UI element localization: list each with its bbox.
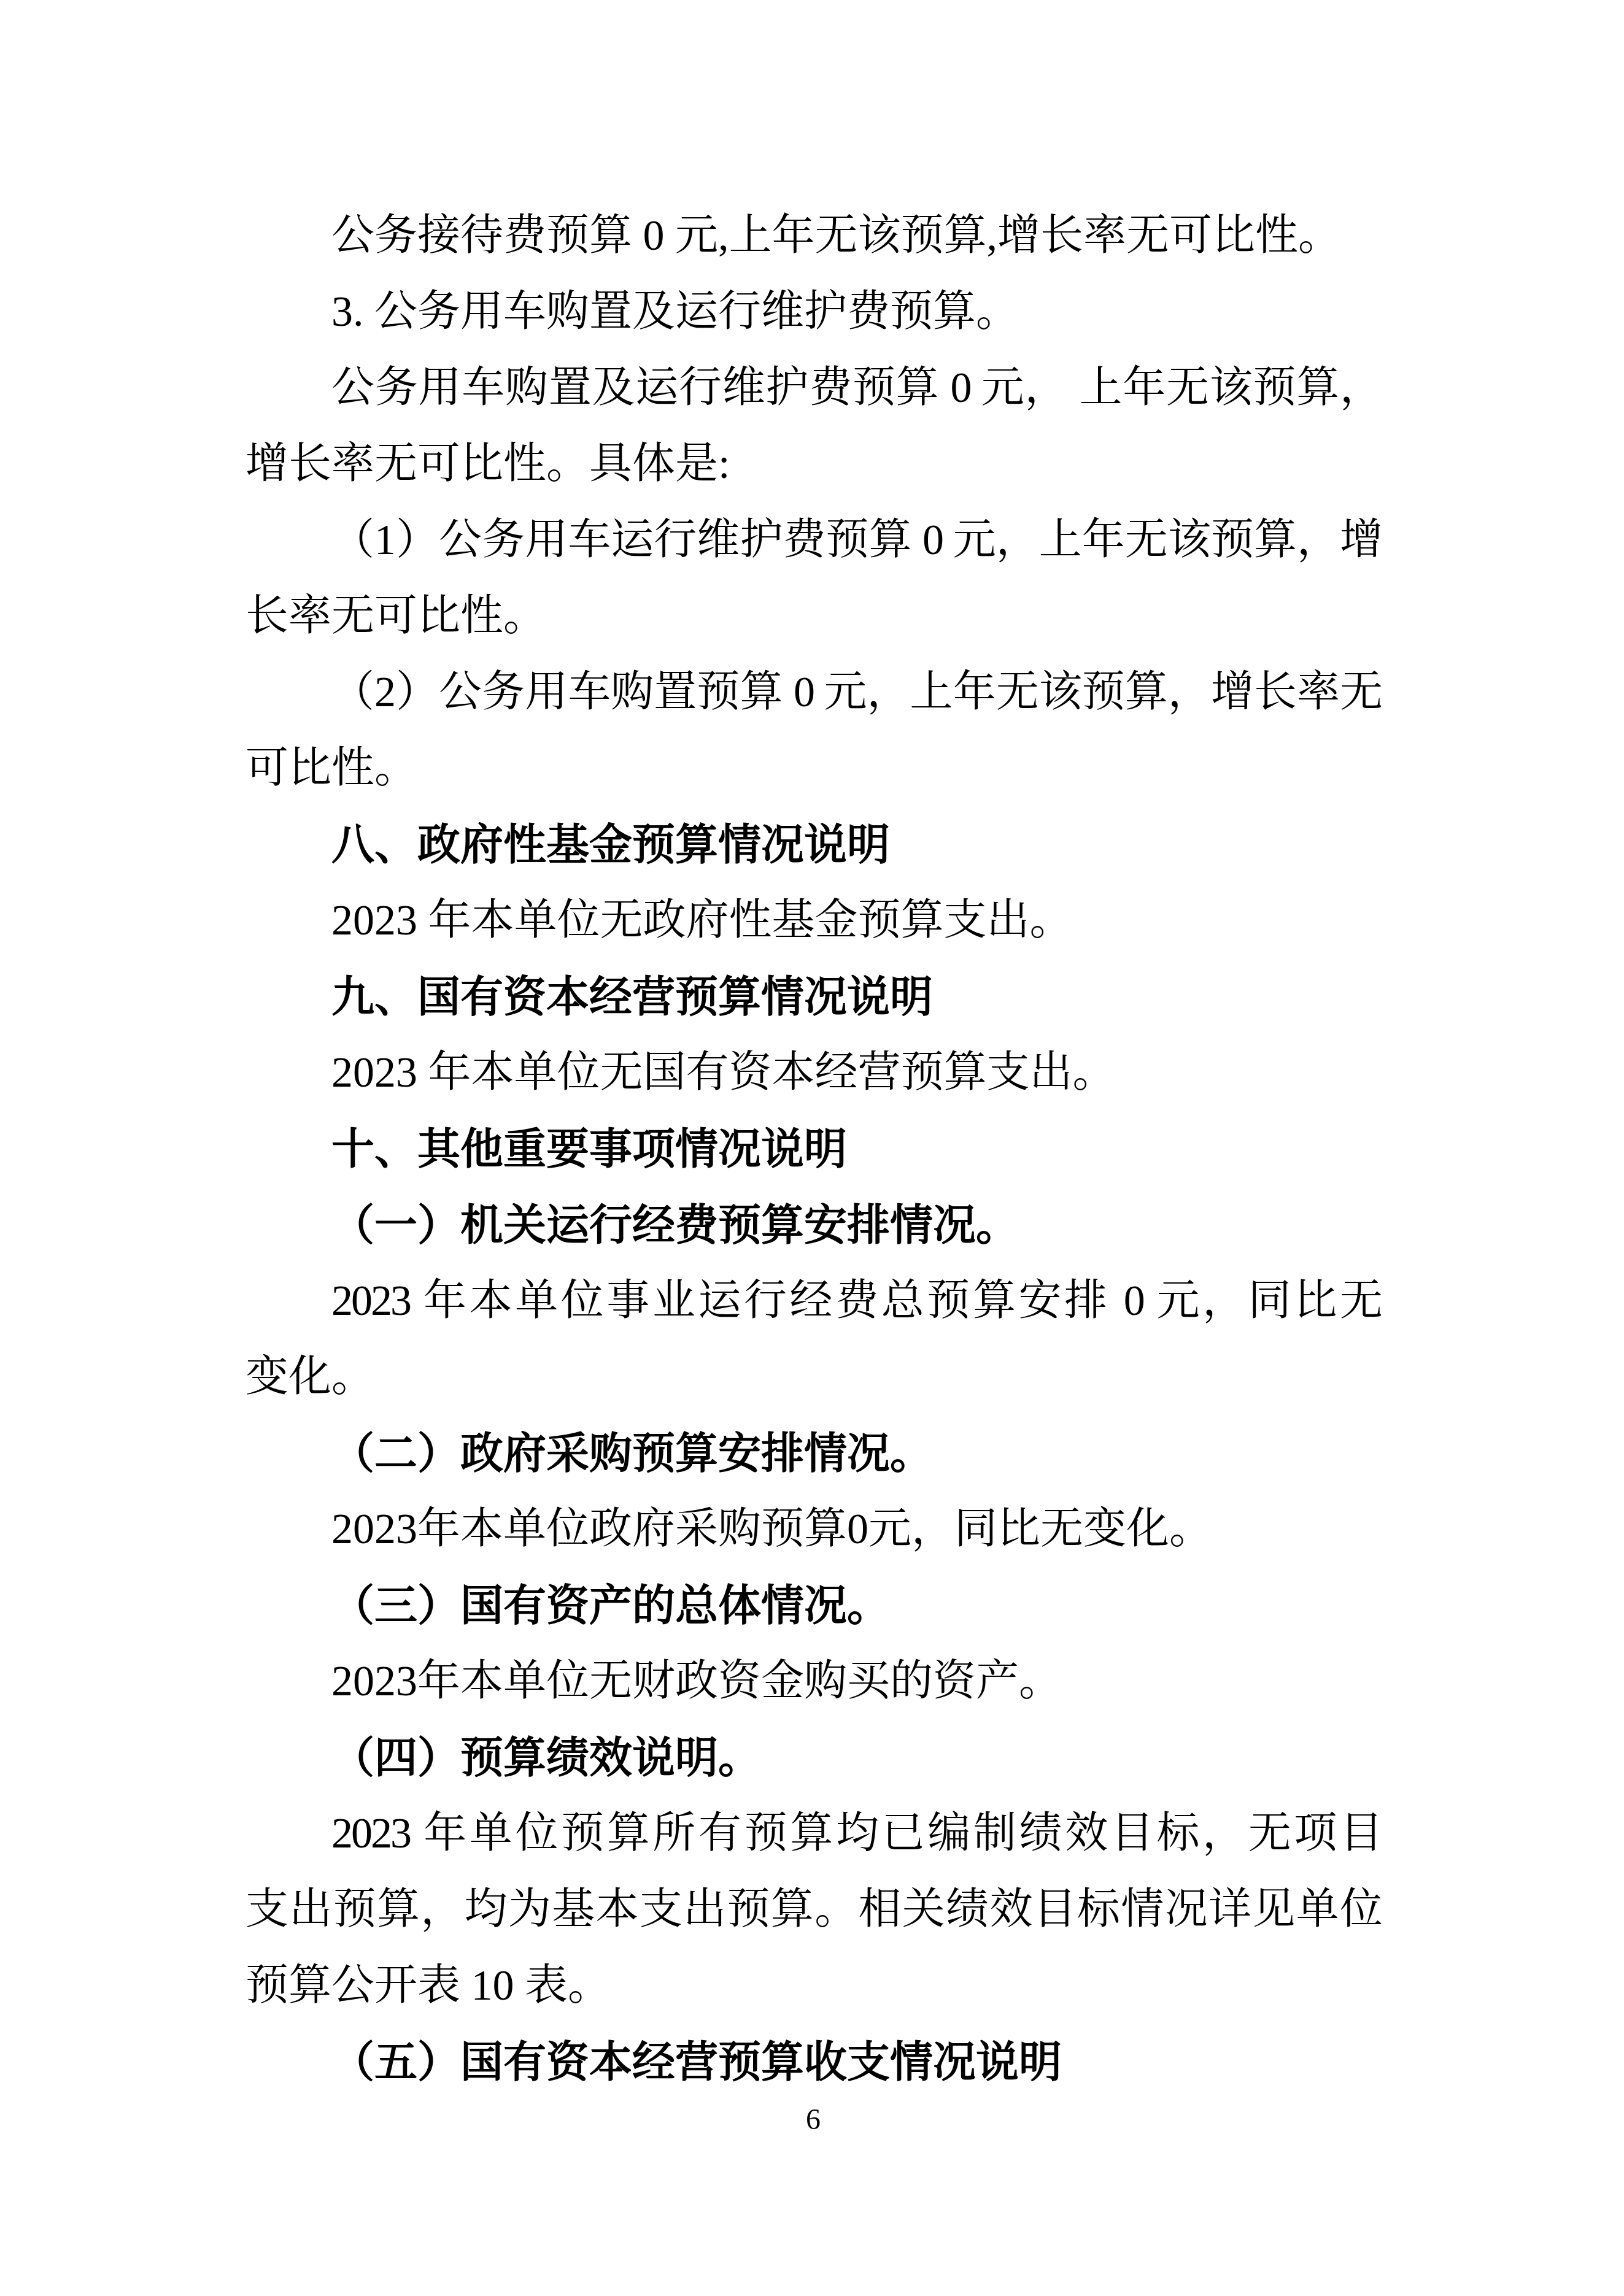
para-item-4-performance-line-3: 预算公开表 10 表。 [246,1948,1381,2024]
para-sub1-maintenance-line-1: （1）公务用车运行维护费预算 0 元，上年无该预算，增 [246,503,1381,579]
para-sub1-maintenance-line-2: 长率无可比性。 [246,579,1381,655]
heading-item-3-state-assets: （三）国有资产的总体情况。 [246,1568,1381,1644]
document-page: 公务接待费预算 0 元,上年无该预算,增长率无可比性。 3. 公务用车购置及运行… [0,0,1624,2296]
para-item-4-performance-line-2: 支出预算，均为基本支出预算。相关绩效目标情况详见单位 [246,1872,1381,1948]
para-vehicle-budget-line-1: 公务用车购置及运行维护费预算 0 元， 上年无该预算， [246,350,1381,426]
para-item-4-performance-line-1: 2023 年单位预算所有预算均已编制绩效目标，无项目 [246,1796,1381,1872]
para-reception-expense: 公务接待费预算 0 元,上年无该预算,增长率无可比性。 [246,198,1381,274]
heading-item-5-state-capital-budget: （五）国有资本经营预算收支情况说明 [246,2024,1381,2100]
heading-section-10-other-matters: 十、其他重要事项情况说明 [246,1111,1381,1187]
heading-section-9-state-capital: 九、国有资本经营预算情况说明 [246,959,1381,1035]
para-sub2-purchase-line-2: 可比性。 [246,731,1381,807]
heading-item-2-procurement: （二）政府采购预算安排情况。 [246,1416,1381,1492]
para-vehicle-budget-line-2: 增长率无可比性。具体是: [246,426,1381,503]
para-section-8-govt-fund: 2023 年本单位无政府性基金预算支出。 [246,883,1381,959]
para-item-1-operating-funds-line-1: 2023 年本单位事业运行经费总预算安排 0 元，同比无 [246,1263,1381,1339]
para-section-9-state-capital: 2023 年本单位无国有资本经营预算支出。 [246,1035,1381,1111]
para-item-3-vehicle-budget: 3. 公务用车购置及运行维护费预算。 [246,274,1381,350]
para-item-1-operating-funds-line-2: 变化。 [246,1339,1381,1416]
para-sub2-purchase-line-1: （2）公务用车购置预算 0 元，上年无该预算，增长率无 [246,655,1381,731]
para-item-2-procurement: 2023年本单位政府采购预算0元，同比无变化。 [246,1492,1381,1568]
heading-section-8-govt-fund: 八、政府性基金预算情况说明 [246,807,1381,883]
para-item-3-state-assets: 2023年本单位无财政资金购买的资产。 [246,1644,1381,1720]
heading-item-1-operating-funds: （一）机关运行经费预算安排情况。 [246,1187,1381,1263]
page-number: 6 [246,2100,1381,2140]
heading-item-4-performance: （四）预算绩效说明。 [246,1720,1381,1796]
